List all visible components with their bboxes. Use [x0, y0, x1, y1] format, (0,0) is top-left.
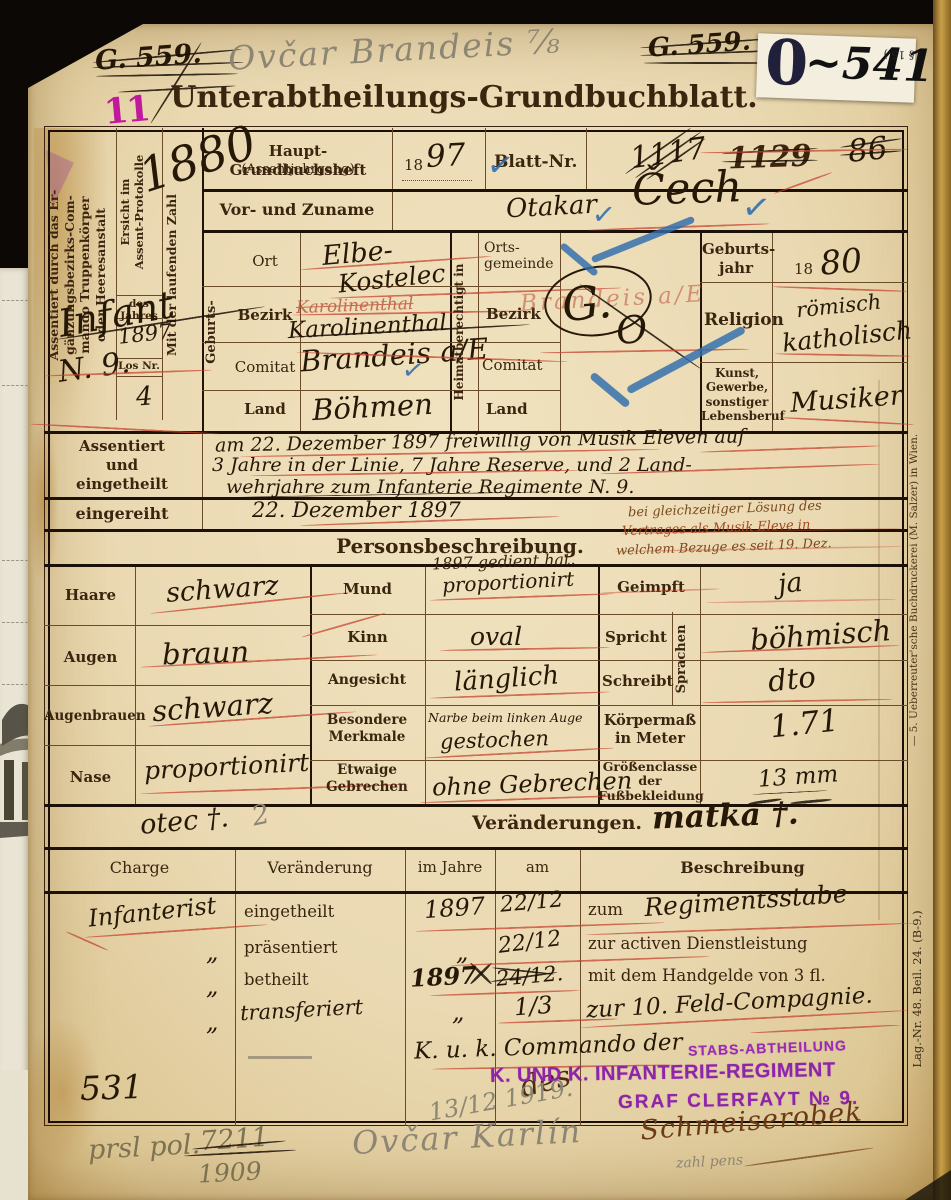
gemeinde-label-line: Orts-: [484, 240, 554, 256]
assent-label-line: und: [44, 456, 200, 475]
rule-line: [672, 612, 673, 705]
geimpft-label: Geimpft: [605, 578, 697, 596]
beruf-label: Kunst, Gewerbe, sonstiger Lebensberuf: [701, 366, 773, 424]
rule-line: [44, 847, 908, 850]
rule-line: [235, 848, 236, 1126]
name-last-value: Čech: [631, 162, 743, 216]
sprachen-cell: Sprachen: [674, 614, 700, 704]
rule-line: [392, 128, 393, 232]
geburtsjahr-label-line: Geburts-: [702, 240, 770, 259]
dotted-rule: [790, 282, 836, 283]
comitat-label: Comitat: [230, 358, 300, 376]
ruled-dots: [2, 560, 28, 561]
header-am: am: [495, 858, 580, 876]
gemeinde-label-line: gemeinde: [484, 256, 554, 272]
row1-change: eingetheilt: [244, 902, 334, 921]
geburtsjahr-prefix: 18: [794, 260, 813, 278]
charge-ditto: „: [206, 938, 218, 966]
photo-of-record-sheet: G. 559. Ovčar Brandeis ⅞ G. 559. 0 ~541 …: [0, 0, 951, 1200]
beruf-label-line: Kunst,: [701, 366, 773, 380]
blue-checkmark: ✓: [484, 144, 516, 185]
groessenclasse-label-line: Größenclasse: [598, 760, 702, 774]
land-label: Land: [232, 400, 298, 418]
matka-note: matka †.: [651, 795, 799, 836]
charge-ditto: „: [206, 1008, 218, 1036]
row2-desc: zur activen Dienstleistung: [588, 934, 808, 953]
augen-label: Augen: [48, 648, 133, 666]
gebrechen-label: Etwaige Gebrechen: [313, 762, 421, 796]
blue-checkmark: ✓: [590, 197, 617, 232]
header-charge: Charge: [44, 858, 235, 877]
rule-line: [44, 745, 310, 746]
rule-line: [44, 625, 310, 626]
header-veraenderung: Veränderung: [235, 858, 405, 877]
merkmale-label-line: Besondere: [313, 712, 421, 729]
label-paragraph: § 15.): [883, 48, 914, 62]
charge-ditto: „: [206, 972, 218, 1000]
header-im-jahre: im Jahre: [405, 858, 495, 876]
archival-label-o541: 0 ~541 § 15.): [756, 33, 916, 102]
beruf-label-line: Gewerbe,: [701, 380, 773, 394]
ruled-dots: [2, 684, 28, 685]
row4-jahr-ditto: „: [452, 998, 464, 1026]
rule-line: [310, 660, 908, 661]
rule-line: [202, 230, 908, 233]
mund-label: Mund: [315, 580, 420, 598]
printer-imprint: — 5. Ueberreuter'sche Buchdruckerei (M. …: [908, 330, 920, 850]
religion-label: Religion: [704, 310, 784, 330]
koerpermass-value: 1.71: [768, 702, 840, 745]
row1-jahr: 1897: [423, 892, 486, 924]
lag-nr-imprint: Lag.-Nr. 48. Beil. 24. (B-9.): [910, 858, 924, 1120]
groessenclasse-label: Größenclasse der Fußbekleidung: [598, 760, 702, 803]
pencil-dash: [248, 1056, 312, 1059]
heimat-side-cell: Heimatberechtigt in: [452, 234, 478, 430]
los-value: 4: [135, 381, 154, 412]
page-title: Unterabtheilungs-Grundbuchblatt.: [168, 80, 760, 115]
kinn-value: oval: [470, 622, 522, 651]
ruled-dots: [2, 385, 28, 386]
assent-label: Assentiert und eingetheilt: [44, 437, 200, 493]
rule-line: [560, 232, 561, 432]
year-prefix: 18: [404, 156, 423, 174]
schreibt-value: dto: [766, 660, 817, 699]
assent-label-line: Assentiert: [44, 437, 200, 456]
rule-line: [310, 614, 908, 615]
label-zero: 0: [764, 26, 810, 100]
merkmale-note: Narbe beim linken Auge: [428, 710, 582, 725]
schreibt-label: Schreibt: [602, 672, 670, 690]
beruf-label-line: sonstiger: [701, 395, 773, 409]
koerpermass-label-line: Körpermaß: [600, 712, 700, 730]
land-value: Böhmen: [311, 387, 433, 427]
geburtsjahr-label: Geburts- jahr: [702, 240, 770, 278]
veraenderungen-heading: Veränderungen.: [452, 812, 662, 834]
rule-line: [425, 565, 426, 805]
koerpermass-label-line: in Meter: [600, 730, 700, 748]
geimpft-value: ja: [776, 567, 804, 600]
angesicht-label: Angesicht: [313, 672, 421, 688]
merkmale-label-line: Merkmale: [313, 729, 421, 746]
gebrechen-label-line: Etwaige: [313, 762, 421, 779]
row4-am: 1/3: [513, 991, 553, 1022]
ruled-dots: [2, 300, 28, 301]
row3-change: betheilt: [244, 970, 309, 989]
nase-label: Nase: [48, 768, 133, 786]
koerpermass-label: Körpermaß in Meter: [600, 712, 700, 748]
haare-label: Haare: [48, 586, 133, 604]
header-beschreibung: Beschreibung: [580, 858, 905, 877]
rail-protokoll-line: Ersicht im: [118, 130, 132, 294]
rule-line: [202, 432, 203, 530]
dotted-rule: [402, 180, 472, 181]
merkmale-label: Besondere Merkmale: [313, 712, 421, 746]
merkmale-value: gestochen: [440, 726, 550, 754]
augenbrauen-label: Augenbrauen: [44, 708, 136, 724]
row1-desc-printed: zum: [588, 900, 623, 919]
row2-change: präsentiert: [244, 938, 337, 957]
row3-desc: mit dem Handgelde von 3 fl.: [588, 966, 826, 985]
heimat-side-label: Heimatberechtigt in: [452, 234, 466, 430]
rule-line: [405, 848, 406, 1126]
lag-nr-cell: Lag.-Nr. 48. Beil. 24. (B-9.): [910, 858, 936, 1120]
gebrechen-label-line: Gebrechen: [313, 779, 421, 796]
name-label: Vor- und Zuname: [204, 200, 390, 219]
ruled-dots: [2, 622, 28, 623]
kinn-label: Kinn: [315, 628, 420, 646]
assent-entry-line3: wehrjahre zum Infanterie Regimente N. 9.: [226, 476, 634, 498]
label-number: ~541: [804, 37, 934, 92]
eingereiht-label: eingereiht: [44, 504, 200, 523]
geburtsjahr-label-line: jahr: [702, 259, 770, 278]
name-first-value: Otakar: [505, 190, 597, 225]
printer-imprint-cell: — 5. Ueberreuter'sche Buchdruckerei (M. …: [908, 330, 934, 850]
year-value: 97: [425, 137, 466, 175]
rule-line: [586, 128, 587, 190]
gemeinde-label: Orts- gemeinde: [484, 240, 554, 272]
rule-line: [310, 565, 312, 805]
eingereiht-entry: 22. Dezember 1897: [252, 498, 461, 522]
groessenclasse-label-line: der: [598, 774, 702, 788]
ort-label: Ort: [232, 252, 298, 270]
sprachen-label: Sprachen: [674, 614, 689, 704]
geburtsjahr-value: 80: [818, 240, 863, 283]
spricht-label: Spricht: [603, 628, 669, 646]
rule-line: [700, 362, 908, 363]
assent-label-line: eingetheilt: [44, 475, 200, 494]
heimat-land-label: Land: [486, 400, 528, 418]
beruf-label-line: Lebensberuf: [701, 409, 773, 423]
birth-side-cell: Geburts-: [204, 234, 230, 430]
heimat-comitat-label: Comitat: [482, 356, 543, 374]
birth-side-label: Geburts-: [204, 234, 219, 430]
bottom-pencil-left: prsl pol.: [87, 1129, 201, 1166]
bottom-pencil-year: 1909: [197, 1156, 262, 1188]
number-531: 531: [79, 1067, 143, 1108]
